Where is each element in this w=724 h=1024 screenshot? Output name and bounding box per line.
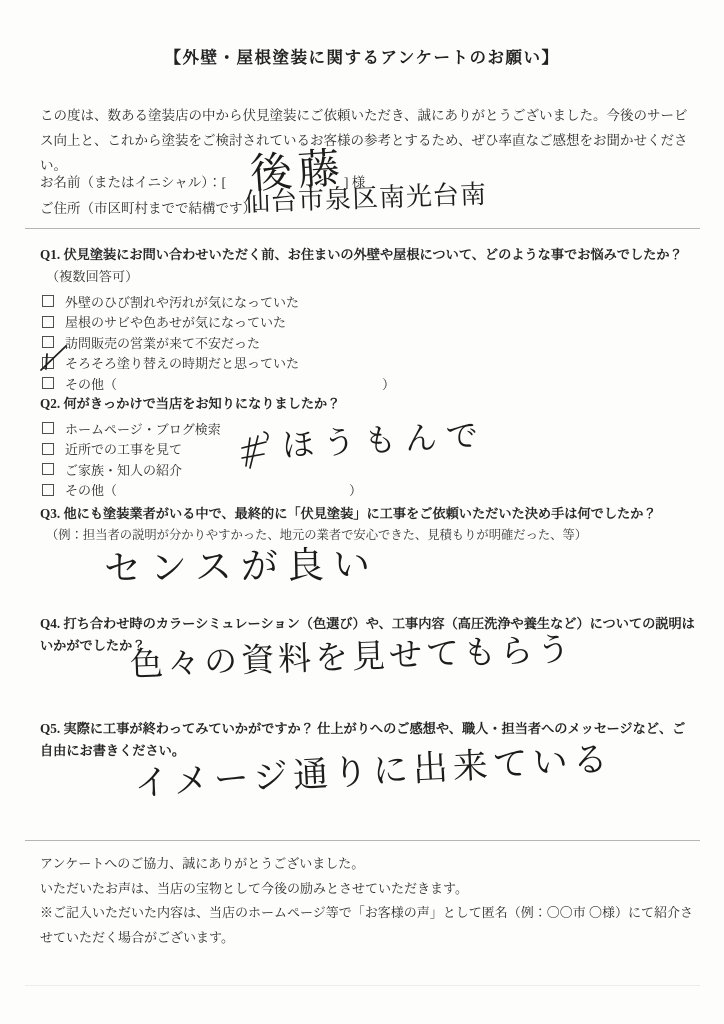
q1-option-4-checked: そろそろ塗り替えの時期だと思っていた [40, 353, 698, 374]
q2-option-2-label: 近所での工事を見て [65, 439, 182, 458]
q1-option-5-close-paren: ） [382, 374, 395, 393]
q4-number: Q4. [40, 616, 60, 631]
checkbox-icon [42, 295, 54, 307]
address-field-label: ご住所（市区町村までで結構です）： [40, 201, 263, 216]
footer-line-2: いただいたお声は、当店の宝物として今後の励みとさせていただきます。 [40, 877, 698, 902]
q1-option-1: 外壁のひび割れや汚れが気になっていた [40, 291, 698, 312]
q3-text: 他にも塗装業者がいる中で、最終的に「伏見塗装」に工事をご依頼いただいた決め手は何… [63, 506, 656, 521]
footer-line-3: ※ご記入いただいた内容は、当店のホームページ等で「お客様の声」として匿名（例：〇… [40, 901, 698, 950]
q1-number: Q1. [40, 247, 60, 262]
q1-options: 外壁のひび割れや汚れが気になっていた 屋根のサビや色あせが気になっていた 訪問販… [40, 291, 698, 394]
handwritten-address: 仙台市泉区南光台南 [244, 182, 488, 216]
handwritten-answer-q3: センスが良い [104, 546, 379, 588]
q2-text: 何がきっかけで当店をお知りになりましたか？ [63, 396, 340, 411]
divider-bottom-faint [25, 985, 700, 986]
q1-option-5-label: その他（ [65, 374, 117, 393]
q5-number: Q5. [40, 721, 60, 736]
question-3: Q3. 他にも塗装業者がいる中で、最終的に「伏見塗装」に工事をご依頼いただいた決… [40, 503, 698, 546]
q1-option-1-label: 外壁のひび割れや汚れが気になっていた [65, 292, 299, 311]
handwritten-answer-q2: ほうもんで [281, 419, 487, 462]
divider-footer [25, 840, 700, 841]
q1-option-2: 屋根のサビや色あせが気になっていた [40, 312, 698, 333]
q2-heading: Q2. 何がきっかけで当店をお知りになりましたか？ [40, 393, 698, 415]
q2-option-1-label: ホームページ・ブログ検索 [65, 419, 221, 438]
q1-option-4-label: そろそろ塗り替えの時期だと思っていた [65, 353, 299, 372]
checkbox-icon [42, 463, 54, 475]
divider-top [25, 228, 700, 229]
q2-option-3: ご家族・知人の紹介 [40, 459, 698, 480]
q1-option-5: その他（ ） [40, 373, 698, 394]
q1-heading: Q1. 伏見塗装にお問い合わせいただく前、お住まいの外壁や屋根について、どのよう… [40, 244, 698, 266]
q3-number: Q3. [40, 506, 60, 521]
checkbox-icon [42, 377, 54, 389]
address-field-row: ご住所（市区町村までで結構です）： [40, 198, 263, 220]
name-field-label: お名前（またはイニシャル）：[ [40, 175, 226, 190]
scribble-mark [236, 428, 280, 476]
checkbox-icon [42, 357, 54, 369]
checkbox-icon [42, 316, 54, 328]
q2-option-4-close-paren: ） [349, 480, 362, 499]
survey-sheet: 【外壁・屋根塗装に関するアンケートのお願い】 この度は、数ある塗装店の中から伏見… [0, 0, 724, 1024]
survey-title: 【外壁・屋根塗装に関するアンケートのお願い】 [0, 44, 724, 68]
q1-option-3: 訪問販売の営業が来て不安だった [40, 332, 698, 353]
checkbox-icon [42, 484, 54, 496]
intro-paragraph: この度は、数ある塗装店の中から伏見塗装にご依頼いただき、誠にありがとうございまし… [40, 103, 695, 178]
footer-line-1: アンケートへのご協力、誠にありがとうございました。 [40, 852, 698, 877]
q3-heading: Q3. 他にも塗装業者がいる中で、最終的に「伏見塗装」に工事をご依頼いただいた決… [40, 503, 698, 525]
footer-note: アンケートへのご協力、誠にありがとうございました。 いただいたお声は、当店の宝物… [40, 852, 698, 950]
q1-text: 伏見塗装にお問い合わせいただく前、お住まいの外壁や屋根について、どのような事でお… [63, 247, 682, 262]
q1-note: （複数回答可） [40, 266, 698, 288]
q2-option-3-label: ご家族・知人の紹介 [65, 460, 182, 479]
checkbox-icon [42, 336, 54, 348]
q2-option-4-label: その他（ [65, 480, 117, 499]
checkbox-icon [42, 443, 54, 455]
q2-number: Q2. [40, 396, 60, 411]
q1-option-2-label: 屋根のサビや色あせが気になっていた [65, 312, 286, 331]
checkbox-icon [42, 422, 54, 434]
q1-option-3-label: 訪問販売の営業が来て不安だった [65, 333, 260, 352]
q2-option-4: その他（ ） [40, 480, 698, 501]
question-1: Q1. 伏見塗装にお問い合わせいただく前、お住まいの外壁や屋根について、どのよう… [40, 244, 698, 394]
